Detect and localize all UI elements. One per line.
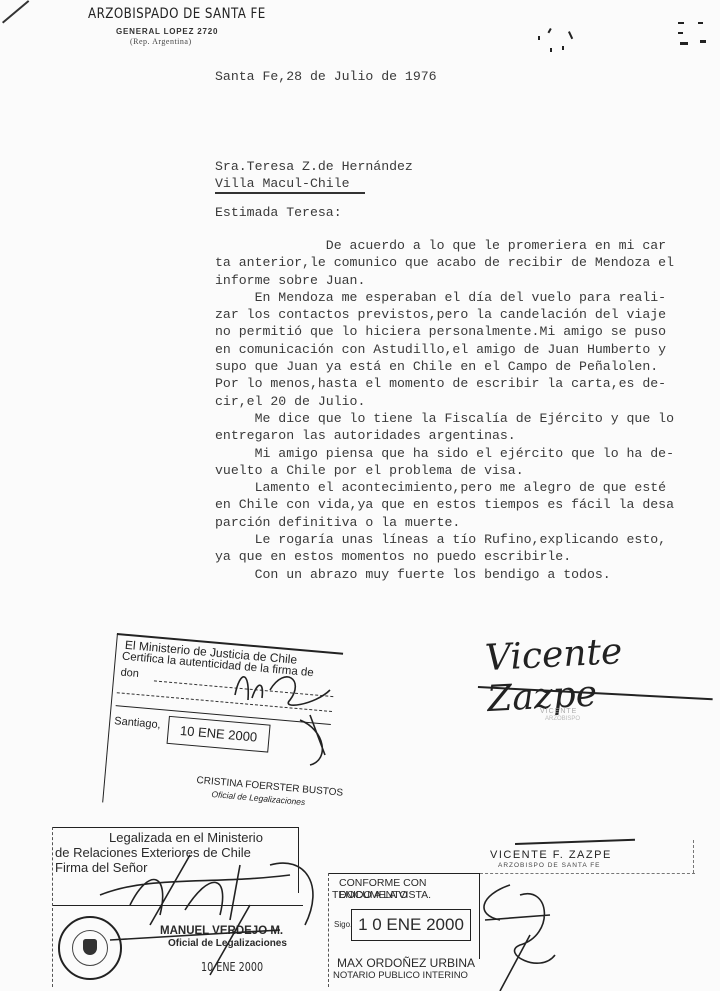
signer-line bbox=[515, 839, 635, 845]
stamp-date: 1 0 ENE 2000 bbox=[351, 909, 471, 941]
stamp-notario: CONFORME CON DOCUMENTO TENIDO A LA VISTA… bbox=[328, 873, 489, 987]
signer-name: VICENTE F. ZAZPE bbox=[490, 849, 612, 861]
stamp-line: don bbox=[120, 666, 139, 680]
recipient-name: Sra.Teresa Z.de Hernández bbox=[215, 158, 413, 175]
body-line: vuelto a Chile por el problema de visa. bbox=[215, 462, 674, 479]
body-line: entregaron las autoridades argentinas. bbox=[215, 427, 674, 444]
recipient-place: Villa Macul-Chile bbox=[215, 175, 350, 192]
body-line: no permitió que lo hiciera personalmente… bbox=[215, 323, 674, 340]
letter-body: De acuerdo a lo que le promeriera en mi … bbox=[215, 237, 674, 583]
body-line: supo que Juan ya está en Chile en el Cam… bbox=[215, 358, 674, 375]
body-line: ta anterior,le comunico que acabo de rec… bbox=[215, 254, 674, 271]
scan-specks bbox=[520, 10, 720, 60]
body-line: parción definitiva o la muerte. bbox=[215, 514, 674, 531]
body-line: Me dice que lo tiene la Fiscalía de Ejér… bbox=[215, 410, 674, 427]
sigo-label: Sigo. bbox=[334, 920, 352, 929]
body-line: En Mendoza me esperaban el día del vuelo… bbox=[215, 289, 674, 306]
letterhead-title: ARZOBISPADO DE SANTA FE bbox=[88, 6, 266, 22]
dashed-rule bbox=[693, 840, 694, 873]
notary-signature bbox=[470, 875, 560, 991]
body-line: ya que en estos momentos no puedo escrib… bbox=[215, 548, 674, 565]
pen-mark bbox=[2, 0, 29, 23]
faded-signer-name: VICENTE bbox=[540, 708, 577, 715]
letter-date: Santa Fe,28 de Julio de 1976 bbox=[215, 68, 437, 85]
body-line: en Chile con vida,ya que en estos tiempo… bbox=[215, 496, 674, 513]
letterhead-country: (Rep. Argentina) bbox=[130, 37, 192, 46]
handwritten-signature: Vicente Zazpe bbox=[484, 626, 720, 720]
dashed-rule bbox=[480, 873, 695, 874]
body-line: De acuerdo a lo que le promeriera en mi … bbox=[215, 237, 674, 254]
body-line: informe sobre Juan. bbox=[215, 272, 674, 289]
address-underline bbox=[215, 192, 365, 194]
stamp-city: Santiago, bbox=[114, 715, 161, 731]
notary-title: NOTARIO PUBLICO INTERINO bbox=[333, 970, 468, 981]
verdejo-signature bbox=[90, 845, 330, 985]
letterhead-address: GENERAL LOPEZ 2720 bbox=[116, 27, 218, 36]
ordonez-handwriting bbox=[230, 660, 340, 770]
body-line: Por lo menos,hasta el momento de escribi… bbox=[215, 375, 674, 392]
faded-signer-title: ARZOBISPO bbox=[545, 716, 580, 722]
stamp-line: Legalizada en el Ministerio bbox=[109, 830, 263, 845]
body-line: zar los contactos previstos,pero la cand… bbox=[215, 306, 674, 323]
body-line: Lamento el acontecimiento,pero me alegro… bbox=[215, 479, 674, 496]
body-line: en comunicación con Astudillo,el amigo d… bbox=[215, 341, 674, 358]
body-line: cir,el 20 de Julio. bbox=[215, 393, 674, 410]
body-line: Le rogaría unas líneas a tío Rufino,expl… bbox=[215, 531, 674, 548]
stamp-line: TENIDO A LA VISTA. bbox=[332, 889, 431, 901]
signer-title: ARZOBISPO DE SANTA FE bbox=[498, 862, 601, 869]
body-line: Con un abrazo muy fuerte los bendigo a t… bbox=[215, 566, 674, 583]
body-line: Mi amigo piensa que ha sido el ejército … bbox=[215, 445, 674, 462]
notary-name: MAX ORDOÑEZ URBINA bbox=[337, 956, 475, 970]
salutation: Estimada Teresa: bbox=[215, 204, 342, 221]
